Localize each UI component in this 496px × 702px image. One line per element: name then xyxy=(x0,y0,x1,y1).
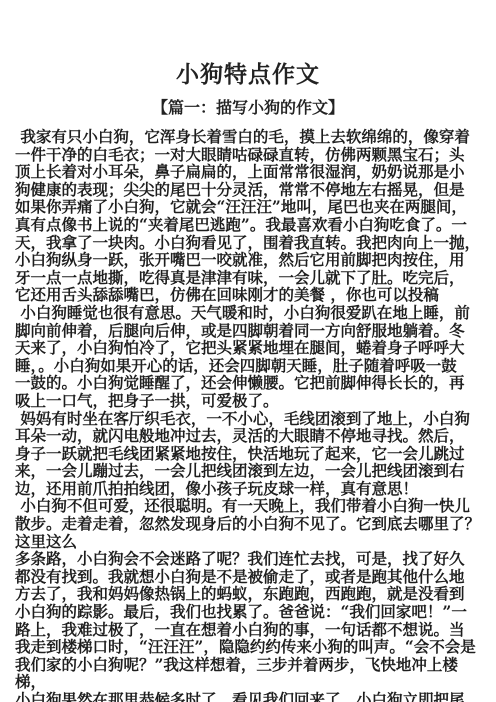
essay-line: 脚向前伸着，后腿向后伸，或是四脚朝着同一方向舒服地躺着。冬 xyxy=(15,322,483,340)
essay-line: 这里这么 xyxy=(15,533,483,551)
essay-line: 耳朵一动，就闪电般地冲过去，灵活的大眼睛不停地寻找。然后， xyxy=(15,427,483,445)
essay-line: 吸上一口气，把身子一拱，可爱极了。 xyxy=(15,392,483,410)
essay-line: 小白狗睡觉也很有意思。天气暖和时，小白狗很爱趴在地上睡，前 xyxy=(15,304,483,322)
essay-line: 顶上长着对小耳朵，鼻子扁扁的，上面常常很湿润，奶奶说那是小 xyxy=(15,163,483,181)
essay-line: 牙一点一点地撕，吃得真是津津有味，一会儿就下了肚。吃完后， xyxy=(15,269,483,287)
essay-line: 一件干净的白毛衣；一对大眼睛咕碌碌直转，仿佛两颗黑宝石；头 xyxy=(15,146,483,164)
essay-line: 我家有只小白狗，它浑身长着雪白的毛，摸上去软绵绵的，像穿着 xyxy=(15,128,483,146)
essay-line: 方去了，我和妈妈像热锅上的蚂蚁，东跑跑，西跑跑，就是没看到 xyxy=(15,585,483,603)
essay-line: 真有点像书上说的“夹着尾巴逃跑”。我最喜欢看小白狗吃食了。一 xyxy=(15,216,483,234)
essay-line: 来，一会儿蹦过去，一会儿把线团滚到左边，一会儿把线团滚到右 xyxy=(15,462,483,480)
essay-line: 如果你弄痛了小白狗，它就会“汪汪汪”地叫，尾巴也夹在两腿间， xyxy=(15,198,483,216)
essay-line: 身子一跃就把毛线团紧紧地按住，快活地玩了起来，它一会儿跳过 xyxy=(15,445,483,463)
essay-line: 天来了，小白狗怕冷了，它把头紧紧地埋在腿间，蜷着身子呼呼大 xyxy=(15,339,483,357)
essay-line: 小白狗不但可爱，还很聪明。有一天晚上，我们带着小白狗一快儿 xyxy=(15,497,483,515)
essay-line: 我走到楼梯口时，“汪汪汪”，隐隐约约传来小狗的叫声。“会不会是 xyxy=(15,638,483,656)
essay-line: 路上，我难过极了，一直在想着小白狗的事，一句话都不想说。当 xyxy=(15,621,483,639)
essay-body: 我家有只小白狗，它浑身长着雪白的毛，摸上去软绵绵的，像穿着一件干净的白毛衣；一对… xyxy=(0,128,496,702)
document-page: 小狗特点作文 【篇一：描写小狗的作文】 我家有只小白狗，它浑身长着雪白的毛，摸上… xyxy=(0,0,496,702)
essay-subtitle: 【篇一：描写小狗的作文】 xyxy=(0,95,496,118)
essay-line: 天，我拿了一块肉。小白狗看见了，围着我直转。我把肉向上一抛， xyxy=(15,234,483,252)
essay-title: 小狗特点作文 xyxy=(0,56,496,89)
essay-line: 散步。走着走着，忽然发现身后的小白狗不见了。它到底去哪里了？ xyxy=(15,515,483,533)
essay-line: 狗健康的表现；尖尖的尾巴十分灵活，常常不停地左右摇晃，但是 xyxy=(15,181,483,199)
essay-line: 我们家的小白狗呢？”我这样想着，三步并着两步，飞快地冲上楼梯， xyxy=(15,656,483,691)
essay-line: 都没有找到。我就想小白狗是不是被偷走了，或者是跑其他什么地 xyxy=(15,568,483,586)
essay-line: 小白狗果然在那里恭候多时了，看见我们回来了，小白狗立即把尾 xyxy=(15,691,483,702)
essay-line: 小白狗纵身一跃，张开嘴巴一咬就准，然后它用前脚把肉按住，用 xyxy=(15,251,483,269)
essay-line: 边，还用前爪拍拍线团，像小孩子玩皮球一样，真有意思！ xyxy=(15,480,483,498)
essay-line: 多条路，小白狗会不会迷路了呢？我们连忙去找，可是，找了好久 xyxy=(15,550,483,568)
essay-line: 睡，。小白狗如果开心的话，还会四脚朝天睡，肚子随着呼吸一鼓 xyxy=(15,357,483,375)
essay-line: 它还用舌头舔舔嘴巴，仿佛在回味刚才的美餐 ，你也可以投稿 xyxy=(15,286,483,304)
essay-line: 一鼓的。小白狗觉睡醒了，还会伸懒腰。它把前脚伸得长长的，再 xyxy=(15,374,483,392)
essay-line: 小白狗的踪影。最后，我们也找累了。爸爸说：“我们回家吧！”一 xyxy=(15,603,483,621)
essay-line: 妈妈有时坐在客厅织毛衣，一不小心，毛线团滚到了地上，小白狗 xyxy=(15,410,483,428)
